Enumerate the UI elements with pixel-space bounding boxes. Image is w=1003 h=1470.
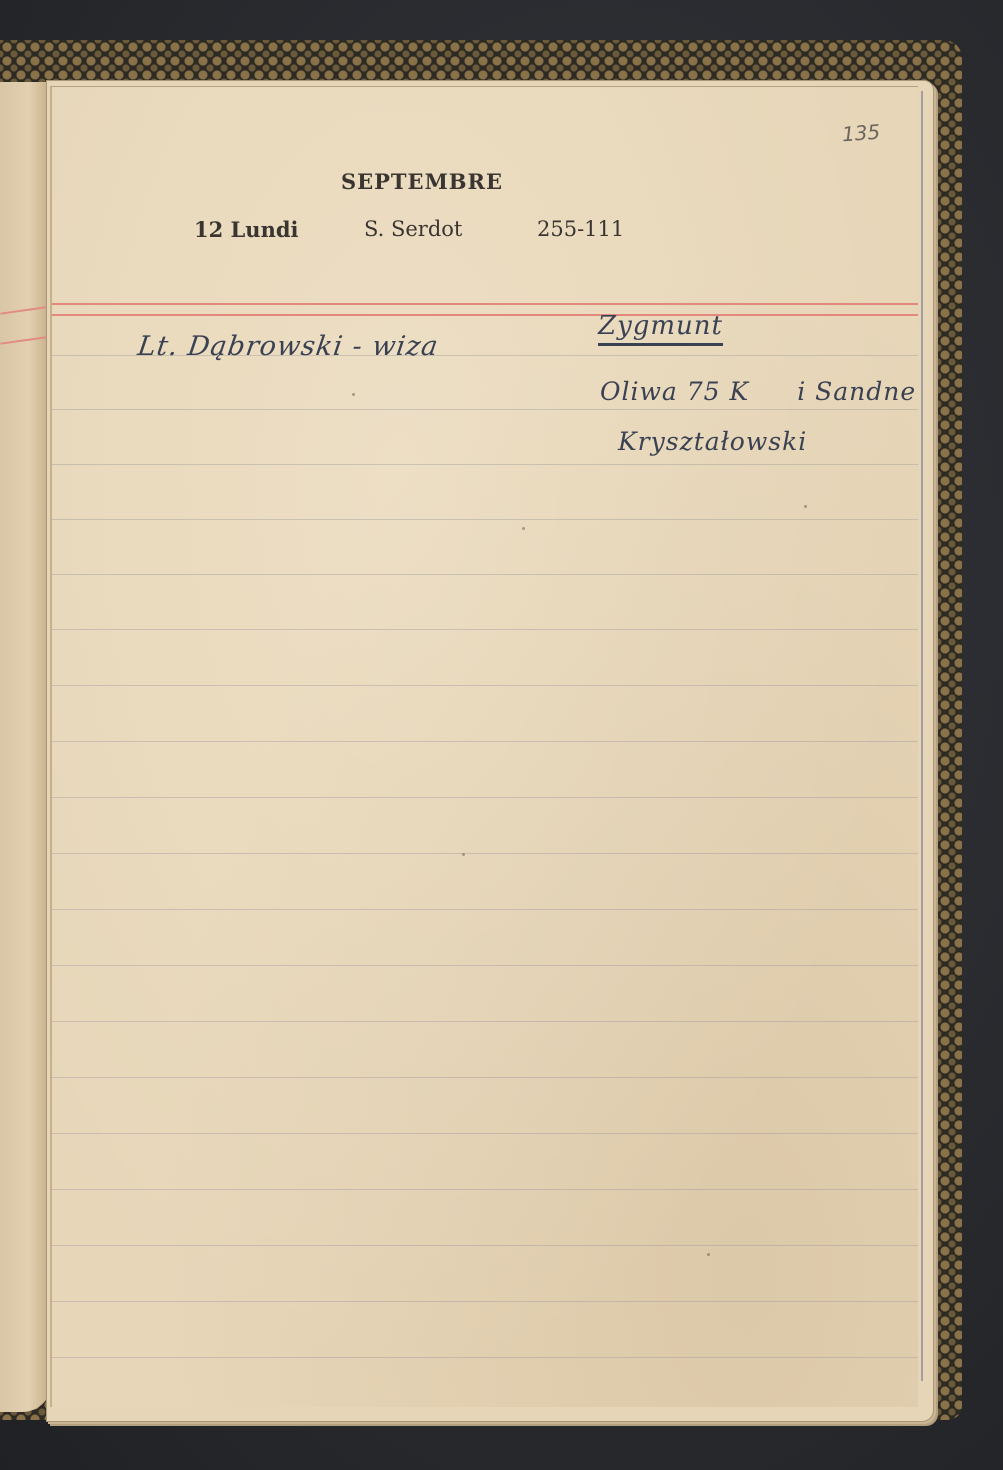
handwritten-entry-line3: Kryształowski (618, 427, 807, 456)
paper-speck (352, 393, 355, 396)
paper-speck (522, 527, 525, 530)
ruled-line (52, 1245, 918, 1246)
day-date: 12 Lundi (194, 217, 299, 242)
paper-speck (462, 853, 465, 856)
ruled-line (52, 574, 918, 575)
ruled-line (52, 909, 918, 910)
handwritten-line2-right: i Sandner (797, 377, 918, 406)
handwritten-entry-left: Lt. Dąbrowski - wiza (136, 331, 441, 362)
ruled-line (52, 1301, 918, 1302)
month-heading: SEPTEMBRE (52, 169, 792, 194)
day-of-year-count: 255-111 (537, 217, 624, 241)
left-page-red-rule (0, 336, 48, 345)
handwritten-entry-line2: Oliwa 75 Ki Sandner (600, 377, 918, 406)
ruled-line (52, 1189, 918, 1190)
red-rule-top (52, 303, 918, 305)
paper-speck (804, 505, 807, 508)
ruled-line (52, 629, 918, 630)
page-number: 135 (841, 120, 881, 147)
ruled-line (52, 741, 918, 742)
previous-page-edge (0, 82, 52, 1412)
ruled-line (52, 797, 918, 798)
saint-of-day: S. Serdot (364, 217, 462, 241)
handwritten-line2-left: Oliwa 75 K (600, 377, 749, 406)
ruled-line (52, 1133, 918, 1134)
ruled-line (52, 685, 918, 686)
paper-speck (707, 1253, 710, 1256)
ruled-line (52, 1077, 918, 1078)
red-rule-bottom (52, 314, 918, 316)
ruled-line (52, 409, 918, 410)
ruled-line (52, 464, 918, 465)
ruled-line (52, 1021, 918, 1022)
ruled-line (52, 1357, 918, 1358)
diary-page: 135 SEPTEMBRE 12 Lundi S. Serdot 255-111… (50, 86, 918, 1407)
left-page-red-rule (0, 306, 48, 315)
ruled-line (52, 965, 918, 966)
ruled-line (52, 519, 918, 520)
ruled-line (52, 853, 918, 854)
handwritten-name-underlined: Zygmunt (598, 311, 723, 346)
page-edge-ink-line (921, 91, 923, 1381)
